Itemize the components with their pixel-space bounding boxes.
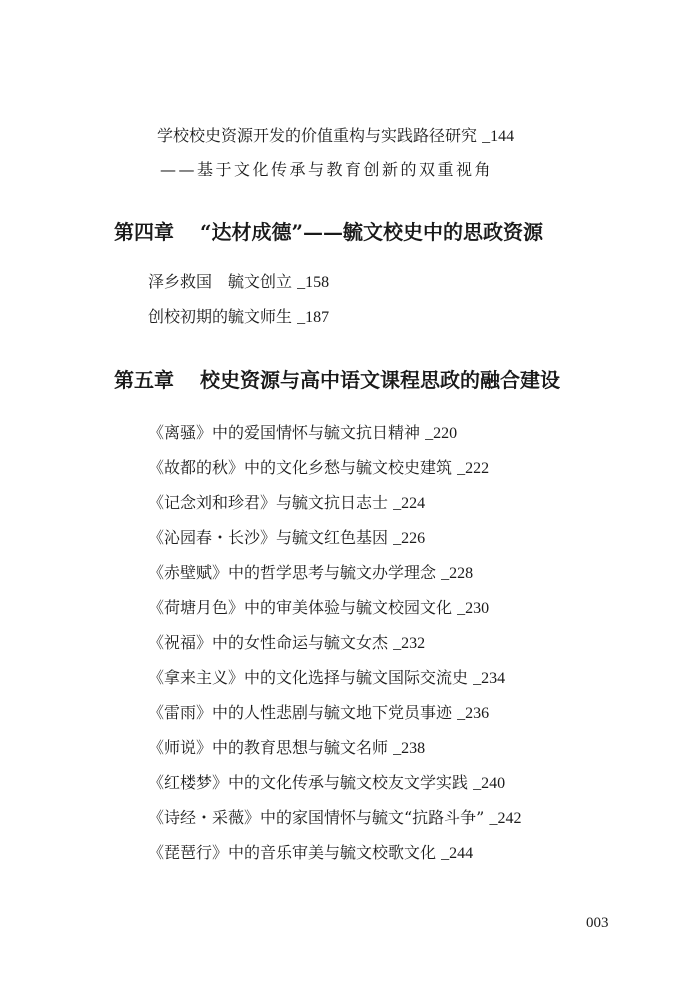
toc-entry-page: _244 (441, 845, 473, 862)
toc-entry[interactable]: 《雷雨》中的人性悲剧与毓文地下党员事迹 _236 (148, 705, 489, 722)
toc-entry[interactable]: 创校初期的毓文师生 _187 (148, 309, 329, 326)
toc-entry-page: _222 (457, 460, 489, 477)
toc-entry-title: 《红楼梦》中的文化传承与毓文校友文学实践 (148, 773, 468, 792)
toc-entry-page: _220 (425, 425, 457, 442)
chapter-number: 第四章 (114, 222, 174, 242)
toc-entry[interactable]: 《祝福》中的女性命运与毓文女杰 _232 (148, 635, 425, 652)
chapter-4-heading[interactable]: 第四章“达材成德”——毓文校史中的思政资源 (114, 222, 543, 242)
toc-entry-page: _234 (473, 670, 505, 687)
toc-entry-title: 《荷塘月色》中的审美体验与毓文校园文化 (148, 598, 452, 617)
toc-entry-page: _238 (393, 740, 425, 757)
toc-entry-subtitle: ——基于文化传承与教育创新的双重视角 (160, 162, 493, 178)
chapter-title: 校史资源与高中语文课程思政的融合建设 (200, 368, 560, 392)
chapter-title: “达材成德”——毓文校史中的思政资源 (200, 220, 543, 244)
toc-entry-title: 《拿来主义》中的文化选择与毓文国际交流史 (148, 668, 468, 687)
toc-entry-value-reconstruction[interactable]: 学校校史资源开发的价值重构与实践路径研究 _144 (157, 128, 514, 145)
toc-entry-page: _232 (393, 635, 425, 652)
toc-entry-title: 《离骚》中的爱国情怀与毓文抗日精神 (148, 423, 420, 442)
toc-entry[interactable]: 《沁园春・长沙》与毓文红色基因 _226 (148, 530, 425, 547)
toc-entry[interactable]: 《师说》中的教育思想与毓文名师 _238 (148, 740, 425, 757)
toc-entry-title: 《雷雨》中的人性悲剧与毓文地下党员事迹 (148, 703, 452, 722)
toc-entry[interactable]: 《赤壁赋》中的哲学思考与毓文办学理念 _228 (148, 565, 473, 582)
toc-entry[interactable]: 《红楼梦》中的文化传承与毓文校友文学实践 _240 (148, 775, 505, 792)
toc-entry-title: 《祝福》中的女性命运与毓文女杰 (148, 633, 388, 652)
toc-entry[interactable]: 《故都的秋》中的文化乡愁与毓文校史建筑 _222 (148, 460, 489, 477)
page-number: 003 (586, 916, 609, 931)
toc-entry[interactable]: 《拿来主义》中的文化选择与毓文国际交流史 _234 (148, 670, 505, 687)
toc-entry-page: _224 (393, 495, 425, 512)
toc-entry-page: _158 (297, 274, 329, 291)
toc-entry-title: 学校校史资源开发的价值重构与实践路径研究 (157, 126, 477, 145)
toc-entry-page: _226 (393, 530, 425, 547)
toc-entry-page: _187 (297, 309, 329, 326)
toc-entry[interactable]: 《琵琶行》中的音乐审美与毓文校歌文化 _244 (148, 845, 473, 862)
toc-entry[interactable]: 泽乡救国 毓文创立 _158 (148, 274, 329, 291)
toc-entry-page: _228 (441, 565, 473, 582)
chapter-5-heading[interactable]: 第五章校史资源与高中语文课程思政的融合建设 (114, 370, 560, 390)
toc-entry-title: 《记念刘和珍君》与毓文抗日志士 (148, 493, 388, 512)
toc-entry-title: 《诗经・采薇》中的家国情怀与毓文“抗路斗争” (148, 808, 484, 827)
toc-entry-title: 泽乡救国 毓文创立 (148, 272, 292, 291)
toc-entry-page: _236 (457, 705, 489, 722)
toc-entry-title: 《赤壁赋》中的哲学思考与毓文办学理念 (148, 563, 436, 582)
toc-entry[interactable]: 《离骚》中的爱国情怀与毓文抗日精神 _220 (148, 425, 457, 442)
toc-entry[interactable]: 《诗经・采薇》中的家国情怀与毓文“抗路斗争” _242 (148, 810, 521, 827)
toc-entry-title: 《师说》中的教育思想与毓文名师 (148, 738, 388, 757)
toc-entry[interactable]: 《记念刘和珍君》与毓文抗日志士 _224 (148, 495, 425, 512)
toc-entry-title: 《琵琶行》中的音乐审美与毓文校歌文化 (148, 843, 436, 862)
toc-entry-title: 《故都的秋》中的文化乡愁与毓文校史建筑 (148, 458, 452, 477)
toc-entry-page: _230 (457, 600, 489, 617)
toc-entry-page: _144 (482, 128, 514, 145)
toc-entry-title: 《沁园春・长沙》与毓文红色基因 (148, 528, 388, 547)
toc-entry-page: _240 (473, 775, 505, 792)
toc-entry-title: 创校初期的毓文师生 (148, 307, 292, 326)
toc-entry[interactable]: 《荷塘月色》中的审美体验与毓文校园文化 _230 (148, 600, 489, 617)
chapter-number: 第五章 (114, 370, 174, 390)
toc-entry-page: _242 (489, 810, 521, 827)
